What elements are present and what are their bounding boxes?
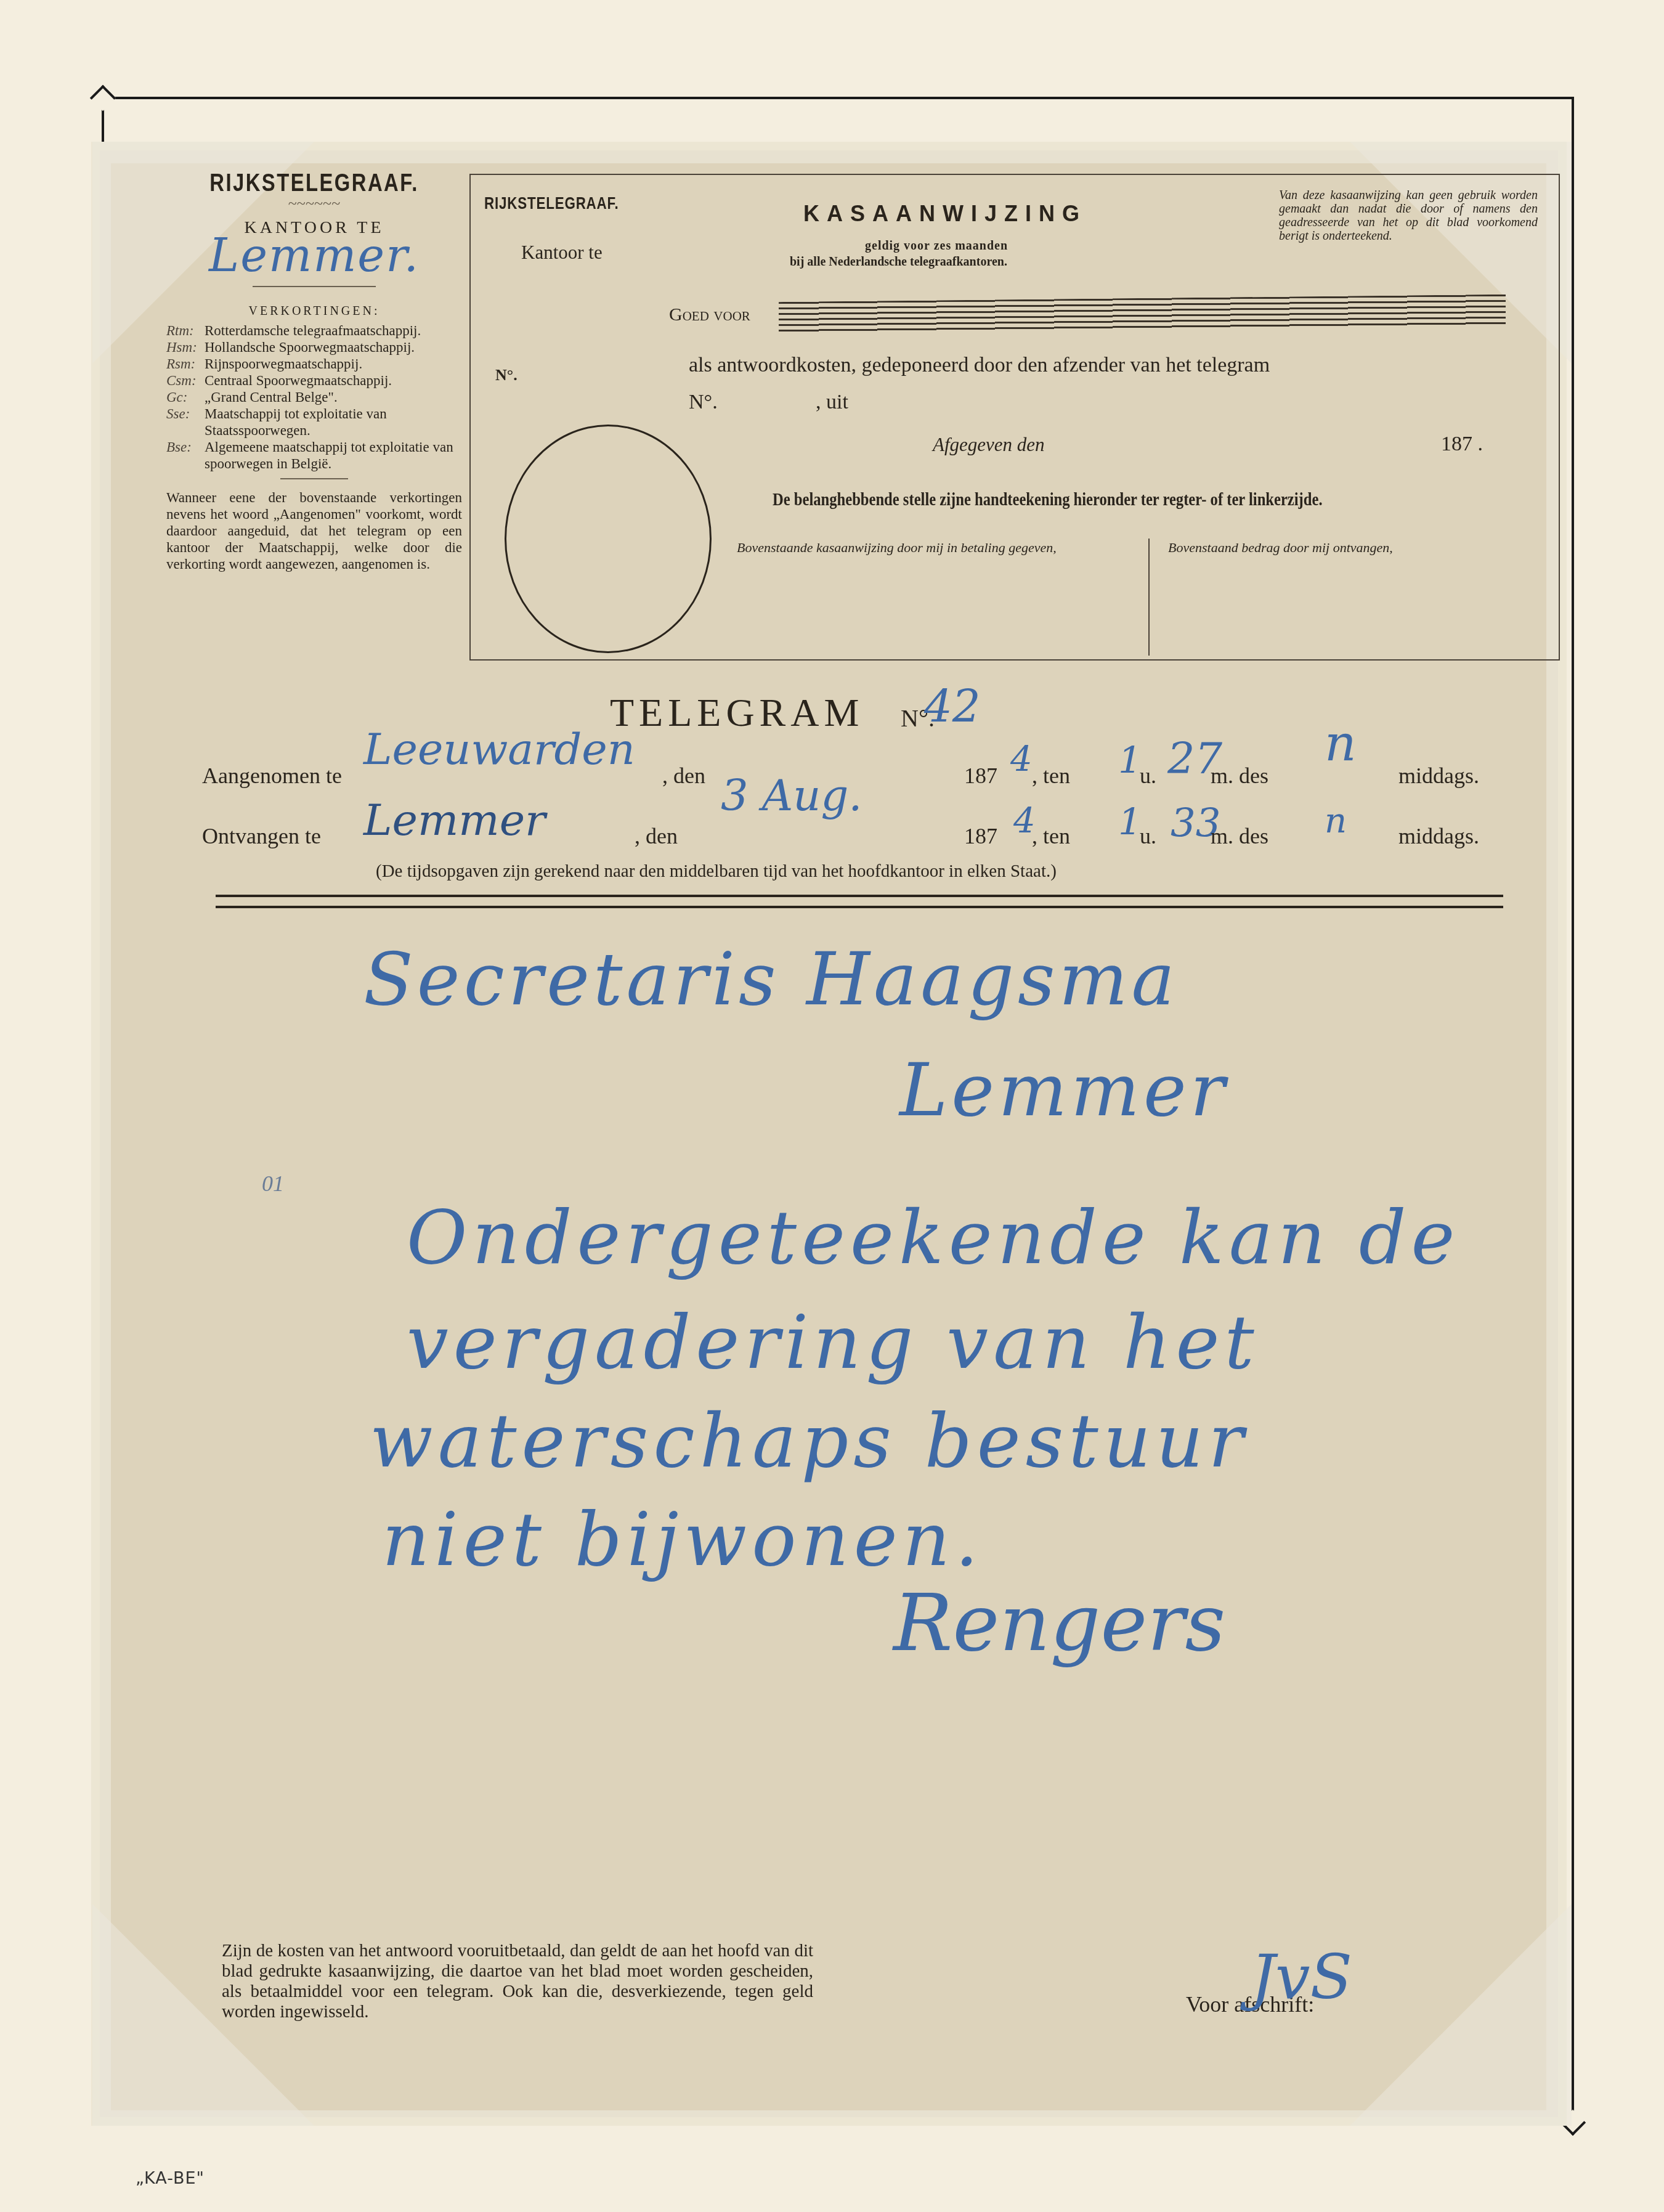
accepted-label: Aangenomen te: [202, 763, 342, 789]
received-place: Lemmer: [363, 795, 546, 845]
voucher-scope: bij alle Nederlandsche telegraafkantoren…: [790, 255, 1007, 269]
left-column: RIJKSTELEGRAAF. ~~~~~~ KANTOOR TE Lemmer…: [166, 169, 462, 572]
sender-signature: Rengers: [893, 1577, 1225, 1669]
voucher-side-note: Van deze kasaanwijzing kan geen gebruik …: [1279, 189, 1538, 243]
issued-label: Afgegeven den: [933, 434, 1045, 456]
uit-label: , uit: [816, 391, 848, 414]
telegram-number-label: N°.: [689, 391, 718, 414]
received-m-des: m. des: [1211, 823, 1268, 849]
time-note: (De tijdsopgaven zijn gerekend naar den …: [376, 861, 1057, 882]
received-middags: middags.: [1398, 823, 1479, 849]
abbreviations-list: Rtm:Rotterdamsche telegraafmaatschappij.…: [166, 322, 462, 472]
addressee-line-1: Secretaris Haagsma: [363, 937, 1179, 1022]
abbreviation-item: Sse:Maatschappij tot exploitatie van Sta…: [166, 405, 462, 439]
received-date: 3 Aug.: [721, 770, 862, 821]
divider: [280, 478, 348, 479]
signature-divider: [1148, 539, 1150, 656]
accepted-m-des: m. des: [1211, 763, 1268, 789]
message-line: niet bijwonen.: [382, 1497, 983, 1583]
voucher-number-label: N°.: [495, 366, 517, 384]
accepted-u: u.: [1140, 763, 1156, 789]
abbreviation-item: Csm:Centraal Spoorwegmaatschappij.: [166, 372, 462, 389]
payment-given-label: Bovenstaande kasaanwijzing door mij in b…: [737, 540, 1057, 556]
received-hour: 1: [1118, 801, 1142, 844]
abbreviations-note: Wanneer eene der bovenstaande verkorting…: [166, 489, 462, 572]
abbreviation-item: Rtm:Rotterdamsche telegraafmaatschappij.: [166, 322, 462, 339]
received-den: , den: [635, 823, 678, 849]
received-ten: , ten: [1032, 823, 1070, 849]
kasaanwijzing-voucher: RIJKSTELEGRAAF. Kantoor te KASAANWIJZING…: [469, 174, 1560, 661]
accepted-year: 187: [964, 763, 997, 789]
footer-note: Zijn de kosten van het antwoord vooruitb…: [222, 1941, 813, 2022]
voucher-office-label: Kantoor te: [521, 242, 603, 264]
abbreviation-item: Gc:„Grand Central Belge".: [166, 389, 462, 405]
goed-voor-label: Goed voor: [669, 304, 750, 325]
publisher-mark: „KA-BE": [136, 2169, 205, 2188]
office-handwritten: Lemmer.: [166, 229, 462, 282]
amount-guilloche-lines: [779, 295, 1506, 333]
abbreviation-item: Bse:Algemeene maatschappij tot exploitat…: [166, 439, 462, 472]
signature-instruction: De belanghebbende stelle zijne handteeke…: [773, 489, 1323, 510]
abbreviation-item: Hsm:Hollandsche Spoorwegmaatschappij.: [166, 339, 462, 356]
accepted-middags: middags.: [1398, 763, 1479, 789]
copy-initials: JvS: [1251, 1941, 1352, 2013]
telegram-number-handwritten: 42: [924, 681, 981, 733]
addressee-line-2: Lemmer: [899, 1047, 1228, 1132]
reply-costs-text: als antwoordkosten, gedeponeerd door den…: [689, 354, 1270, 377]
received-label: Ontvangen te: [202, 823, 321, 849]
voucher-validity: geldig voor zes maanden: [865, 239, 1008, 253]
received-period: n: [1325, 801, 1347, 841]
message-line: waterschaps bestuur: [370, 1399, 1249, 1484]
abbreviation-item: Rsm:Rijnspoorwegmaatschappij.: [166, 356, 462, 372]
accepted-den: , den: [662, 763, 705, 789]
abbreviations-heading: VERKORTINGEN:: [166, 304, 462, 319]
divider: [253, 286, 376, 287]
message-line: vergadering van het: [407, 1300, 1259, 1386]
received-year: 187: [964, 823, 997, 849]
margin-mark: 01: [262, 1171, 284, 1197]
amount-received-label: Bovenstaand bedrag door mij ontvangen,: [1168, 540, 1393, 556]
stamp-circle: [505, 425, 712, 653]
issued-year: 187 .: [1441, 433, 1483, 456]
rijkstelegraaf-title: RIJKSTELEGRAAF.: [193, 169, 436, 197]
received-u: u.: [1140, 823, 1156, 849]
header-double-rule: [216, 895, 1503, 908]
telegram-title: TELEGRAM: [610, 690, 864, 736]
voucher-header: RIJKSTELEGRAAF.: [484, 193, 619, 213]
wave-ornament: ~~~~~~: [166, 197, 462, 209]
accepted-year-digit: 4: [1010, 739, 1033, 779]
accepted-hour: 1: [1118, 739, 1142, 783]
accepted-period: n: [1325, 715, 1357, 772]
message-line: Ondergeteekende kan de: [407, 1195, 1459, 1281]
voucher-title: KASAANWIJZING: [803, 201, 1087, 227]
accepted-ten: , ten: [1032, 763, 1070, 789]
accepted-place: Leeuwarden: [363, 724, 635, 775]
